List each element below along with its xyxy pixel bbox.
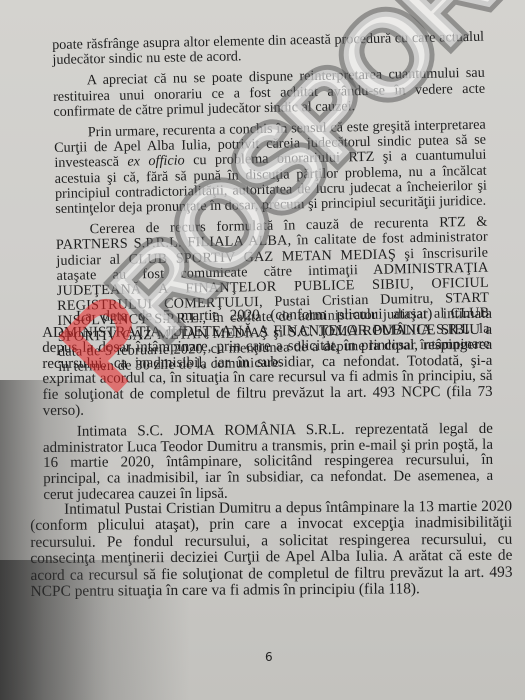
paragraph-prin-urmare-b: cu problema onorariului RTZ şi a cuantum…	[55, 147, 488, 217]
document-text-middle: La data de 5 martie 2020 (conform plicul…	[42, 307, 493, 509]
document-text-bottom: Intimatul Pustai Cristian Dumitru a depu…	[30, 499, 513, 607]
paragraph-apreciat: A apreciat că nu se poate dispune reinte…	[53, 66, 486, 120]
document-page: poate răsfrânge asupra altor elemente di…	[0, 0, 525, 700]
paragraph-joma-romania: Intimata S.C. JOMA ROMÂNIA S.R.L. reprez…	[43, 422, 494, 503]
page-number: 6	[265, 650, 273, 664]
paragraph-continuation: poate răsfrânge asupra altor elemente di…	[52, 30, 485, 69]
paragraph-aj-fp-sibiu: La data de 5 martie 2020 (conform plicul…	[42, 307, 493, 419]
paragraph-pustai: Intimatul Pustai Cristian Dumitru a depu…	[30, 499, 513, 601]
paragraph-prin-urmare: Prin urmare, recurenta a conchis în sens…	[54, 118, 488, 217]
